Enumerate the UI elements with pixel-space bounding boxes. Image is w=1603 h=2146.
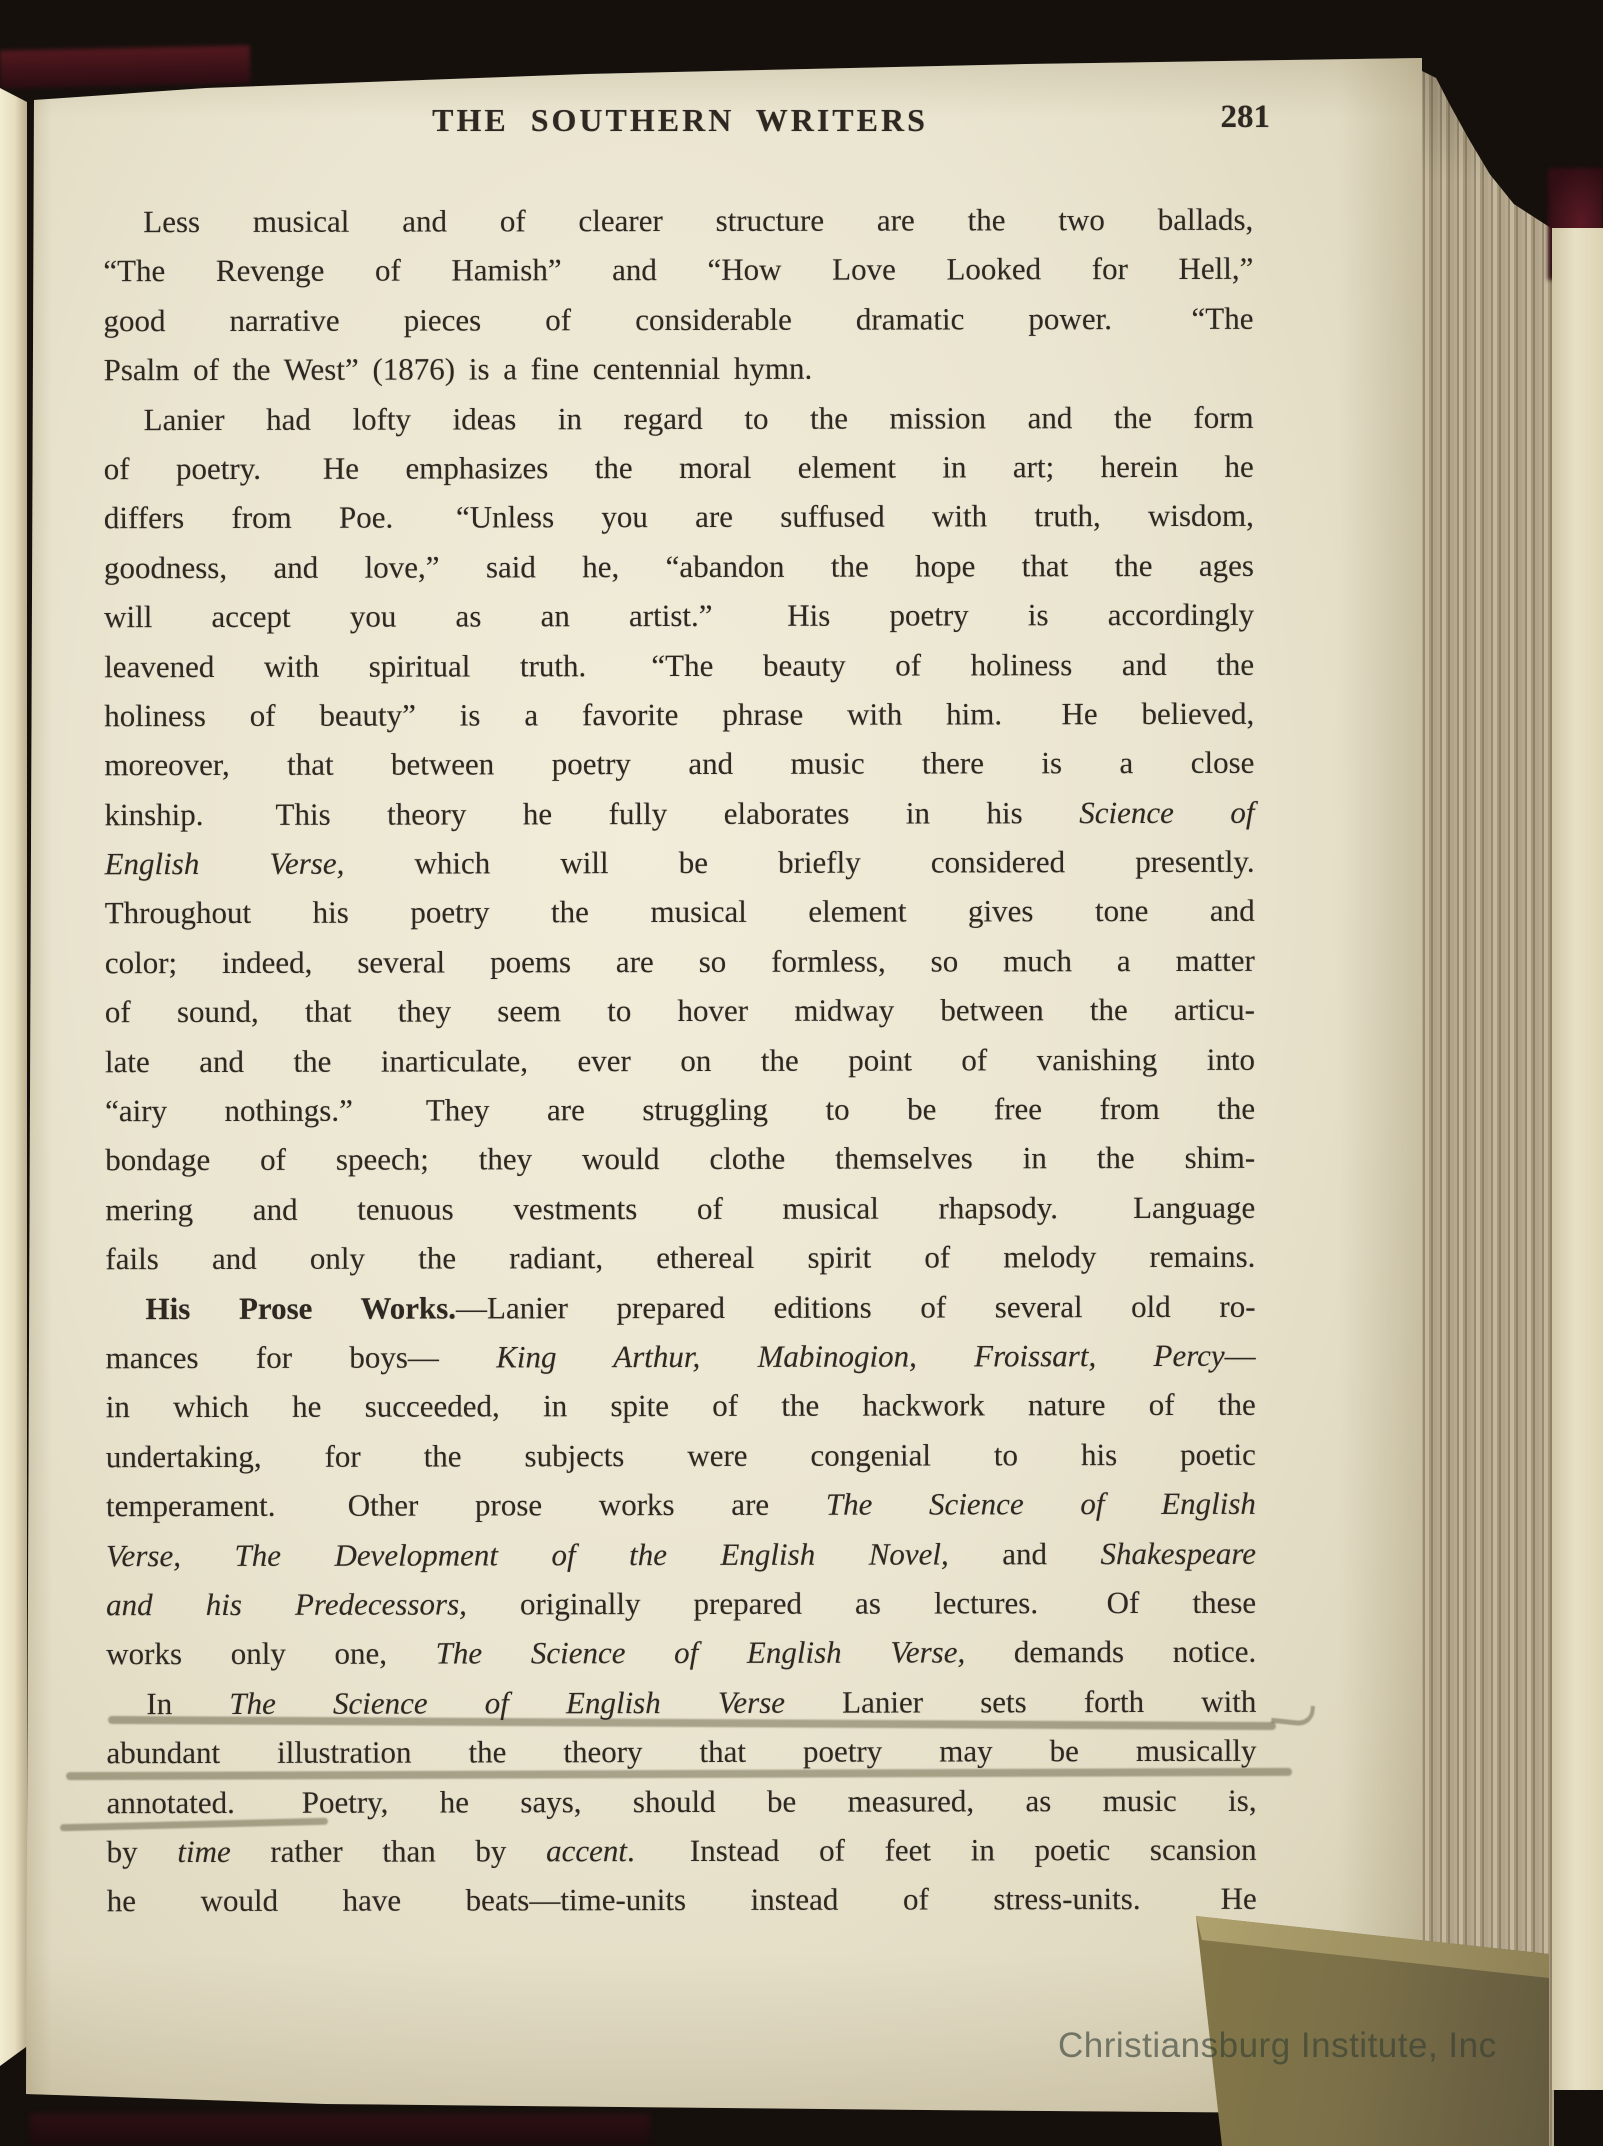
body-line: color; indeed, several poems are so form… (105, 936, 1255, 988)
text-segment: differs from Poe. “Unless you are suffus… (104, 498, 1254, 535)
text-segment: bondage of speech; they would clothe the… (105, 1140, 1255, 1177)
body-line: differs from Poe. “Unless you are suffus… (104, 491, 1254, 543)
body-line: mances for boys— King Arthur, Mabinogion… (106, 1331, 1256, 1383)
text-segment: which will be briefly considered present… (344, 844, 1254, 881)
paragraph: His Prose Works.—Lanier prepared edition… (105, 1281, 1256, 1679)
text-segment: Lanier had lofty ideas in regard to the … (144, 399, 1254, 436)
body-line: moreover, that between poetry and music … (104, 738, 1254, 790)
body-line: temperament. Other prose works are The S… (106, 1479, 1256, 1531)
text-segment: he would have beats—time-units instead o… (107, 1881, 1257, 1918)
body-line: Verse, The Development of the English No… (106, 1528, 1256, 1580)
body-line: of poetry. He emphasizes the moral eleme… (104, 442, 1254, 494)
italic-text: and his Predecessors, (106, 1586, 467, 1622)
page-number: 281 (1221, 99, 1271, 136)
book-cover-bottom-edge (30, 2114, 650, 2146)
body-line: mering and tenuous vestments of musical … (105, 1183, 1255, 1235)
text-segment: in which he succeeded, in spite of the h… (106, 1387, 1256, 1424)
running-header-title: THE SOUTHERN WRITERS (105, 102, 1255, 139)
text-segment: good narrative pieces of considerable dr… (103, 301, 1253, 338)
text-segment: . Instead of feet in poetic scansion (627, 1832, 1257, 1868)
text-segment: by (107, 1834, 178, 1869)
body-line: holiness of beauty” is a favorite phrase… (104, 689, 1254, 741)
text-segment: mering and tenuous vestments of musical … (105, 1190, 1255, 1227)
text-segment: “airy nothings.” They are struggling to … (105, 1091, 1255, 1128)
text-segment: color; indeed, several poems are so form… (105, 943, 1255, 980)
text-segment: and (949, 1536, 1101, 1571)
text-segment: leavened with spiritual truth. “The beau… (104, 646, 1254, 683)
body-line: His Prose Works.—Lanier prepared edition… (105, 1281, 1255, 1333)
text-segment: demands notice. (965, 1634, 1256, 1670)
paragraph: Lanier had lofty ideas in regard to the … (104, 392, 1256, 1283)
text-segment: temperament. Other prose works are (106, 1487, 826, 1524)
body-line: good narrative pieces of considerable dr… (103, 294, 1253, 346)
text-segment: fails and only the radiant, ethereal spi… (105, 1239, 1255, 1276)
text-segment: mances for boys— (106, 1339, 497, 1375)
body-line: works only one, The Science of English V… (106, 1627, 1256, 1679)
italic-text: King Arthur, Mabinogion, Froissart, Perc… (496, 1338, 1224, 1375)
italic-text: time (177, 1834, 230, 1869)
body-line: in which he succeeded, in spite of the h… (106, 1380, 1256, 1432)
text-segment: annotated. Poetry, he says, should be me… (107, 1782, 1257, 1819)
body-line: “airy nothings.” They are struggling to … (105, 1084, 1255, 1136)
text-segment: Lanier sets forth with (785, 1684, 1256, 1720)
italic-text: The Science of English Verse (229, 1685, 785, 1721)
text-segment: moreover, that between poetry and music … (104, 745, 1254, 782)
body-line: Less musical and of clearer structure ar… (103, 195, 1253, 247)
text-segment: —Lanier prepared editions of several old… (456, 1288, 1256, 1325)
body-line: fails and only the radiant, ethereal spi… (105, 1232, 1255, 1284)
text-segment: Psalm of the West” (1876) is a fine cent… (104, 351, 813, 387)
body-line: Lanier had lofty ideas in regard to the … (104, 392, 1254, 444)
body-line: goodness, and love,” said he, “abandon t… (104, 541, 1254, 593)
italic-text: Verse, The Development of the English No… (106, 1536, 949, 1573)
text-segment: undertaking, for the subjects were conge… (106, 1437, 1256, 1474)
text-segment: of poetry. He emphasizes the moral eleme… (104, 449, 1254, 486)
body-text: Less musical and of clearer structure ar… (103, 195, 1257, 1926)
italic-text: Science of (1079, 794, 1254, 829)
paragraph: Less musical and of clearer structure ar… (103, 195, 1253, 395)
body-line: of sound, that they seem to hover midway… (105, 985, 1255, 1037)
body-line: he would have beats—time-units instead o… (107, 1874, 1257, 1926)
body-line: bondage of speech; they would clothe the… (105, 1133, 1255, 1185)
right-page-edge (1552, 228, 1603, 2090)
text-segment: kinship. This theory he fully elaborates… (104, 795, 1079, 832)
text-segment: rather than by (231, 1833, 546, 1869)
book-fore-edge-pages (1420, 62, 1554, 2146)
book-cover-top-edge (0, 45, 250, 88)
text-segment: abundant illustration the theory that po… (106, 1733, 1256, 1770)
text-segment: Throughout his poetry the musical elemen… (105, 893, 1255, 930)
body-line: Psalm of the West” (1876) is a fine cent… (104, 343, 1254, 395)
bold-heading-text: His Prose Works. (145, 1290, 456, 1326)
text-segment: — (1225, 1338, 1256, 1373)
body-line: and his Predecessors, originally prepare… (106, 1578, 1256, 1630)
body-line: Throughout his poetry the musical elemen… (105, 886, 1255, 938)
text-segment: will accept you as an artist.” His poetr… (104, 597, 1254, 634)
text-segment: works only one, (106, 1636, 435, 1672)
italic-text: The Science of English (826, 1486, 1256, 1522)
body-line: leavened with spiritual truth. “The beau… (104, 639, 1254, 691)
italic-text: English Verse, (105, 846, 345, 882)
body-line: late and the inarticulate, ever on the p… (105, 1034, 1255, 1086)
text-segment: Less musical and of clearer structure ar… (143, 202, 1253, 239)
body-line: “The Revenge of Hamish” and “How Love Lo… (103, 244, 1253, 296)
paragraph: In The Science of English Verse Lanier s… (106, 1677, 1257, 1926)
italic-text: The Science of English Verse, (436, 1635, 966, 1671)
text-segment: “The Revenge of Hamish” and “How Love Lo… (103, 251, 1253, 288)
left-page-edge (0, 88, 27, 2066)
text-segment: of sound, that they seem to hover midway… (105, 992, 1255, 1029)
body-line: undertaking, for the subjects were conge… (106, 1430, 1256, 1482)
body-line: English Verse, which will be briefly con… (105, 837, 1255, 889)
body-line: kinship. This theory he fully elaborates… (104, 787, 1254, 839)
text-segment: late and the inarticulate, ever on the p… (105, 1041, 1255, 1078)
text-segment: holiness of beauty” is a favorite phrase… (104, 696, 1254, 733)
text-segment: originally prepared as lectures. Of thes… (467, 1585, 1256, 1622)
body-line: by time rather than by accent. Instead o… (107, 1825, 1257, 1877)
italic-text: accent (546, 1833, 627, 1868)
text-segment: goodness, and love,” said he, “abandon t… (104, 548, 1254, 585)
body-line: will accept you as an artist.” His poetr… (104, 590, 1254, 642)
italic-text: Shakespeare (1100, 1535, 1256, 1570)
book-photo: { "header": { "title": "THE SOUTHERN WRI… (0, 0, 1603, 2146)
watermark-text: Christiansburg Institute, Inc (1058, 2026, 1578, 2066)
